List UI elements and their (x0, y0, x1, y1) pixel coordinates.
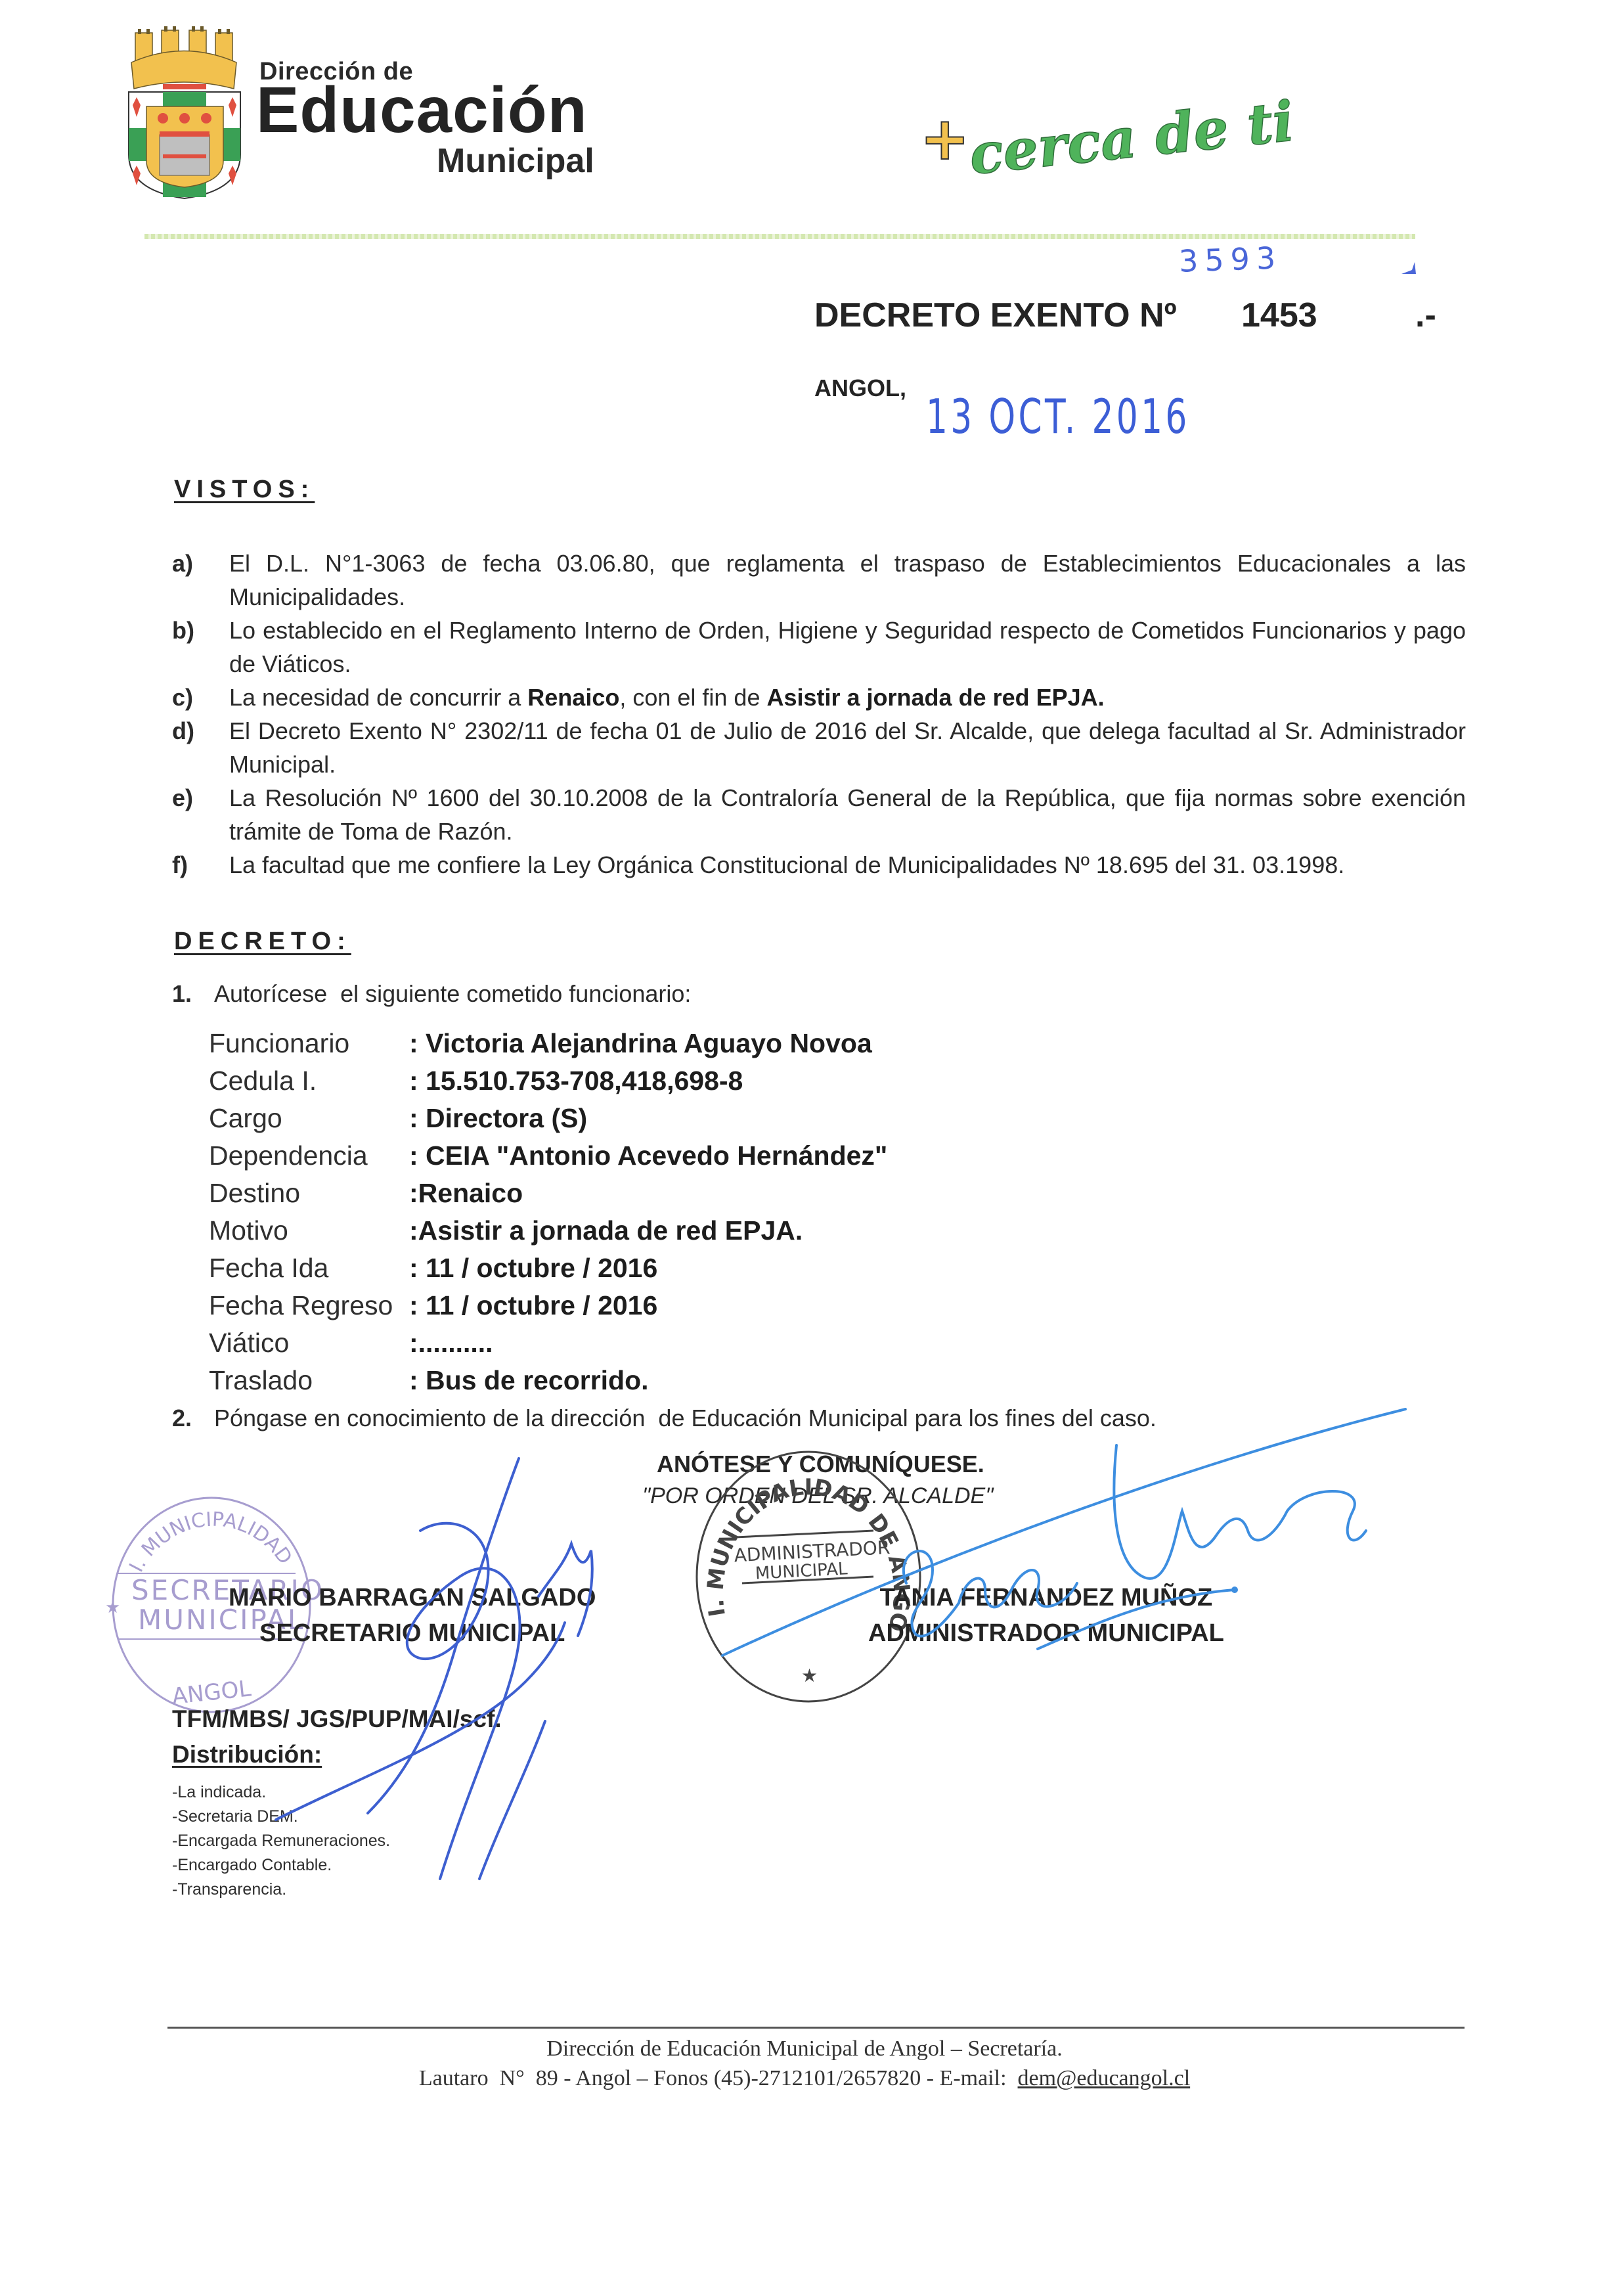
visto-item: b) Lo establecido en el Reglamento Inter… (172, 614, 1466, 681)
item-number: 1. (172, 980, 214, 1008)
field-label: Funcionario (209, 1025, 409, 1062)
visto-item: d) El Decreto Exento N° 2302/11 de fecha… (172, 714, 1466, 781)
field-value: : Victoria Alejandrina Aguayo Novoa (409, 1025, 872, 1062)
svg-text:ANGOL: ANGOL (171, 1675, 252, 1709)
distribution-item: -Secretaria DEM. (172, 1805, 390, 1829)
initials: TFM/MBS/ JGS/PUP/MAI/scf. (172, 1705, 502, 1733)
field-value: :.......... (409, 1324, 493, 1362)
field-value: : CEIA "Antonio Acevedo Hernández" (409, 1137, 887, 1175)
svg-text:+: + (920, 104, 969, 173)
visto-text: La necesidad de concurrir a Renaico, con… (229, 681, 1466, 714)
visto-text-part: La necesidad de concurrir a (229, 684, 527, 711)
visto-text: El Decreto Exento N° 2302/11 de fecha 01… (229, 714, 1466, 781)
visto-label: c) (172, 681, 229, 714)
field-row: Motivo:Asistir a jornada de red EPJA. (209, 1212, 887, 1249)
distribution-item: -Encargada Remuneraciones. (172, 1829, 390, 1853)
slogan-logo: + cerca de ti (916, 99, 1297, 177)
visto-item: e) La Resolución Nº 1600 del 30.10.2008 … (172, 781, 1466, 848)
svg-text:★: ★ (801, 1665, 818, 1686)
footer-contact: Lautaro N° 89 - Angol – Fonos (45)-27121… (0, 2066, 1609, 2091)
field-label: Viático (209, 1324, 409, 1362)
signatory-left: MARIO BARRAGAN SALGADO SECRETARIO MUNICI… (229, 1580, 596, 1651)
registry-stamp: 3593 (1178, 240, 1283, 279)
visto-item: a) El D.L. N°1-3063 de fecha 03.06.80, q… (172, 547, 1466, 614)
field-row: Fecha Ida: 11 / octubre / 2016 (209, 1249, 887, 1287)
item-text: Autorícese el siguiente cometido funcion… (214, 980, 691, 1007)
distribution-heading: Distribución: (172, 1741, 322, 1768)
vistos-heading: VISTOS: (174, 476, 315, 504)
footer-email-link[interactable]: dem@educangol.cl (1018, 2066, 1191, 2090)
decreto-item-1: 1.Autorícese el siguiente cometido funci… (172, 980, 691, 1008)
field-value: : 11 / octubre / 2016 (409, 1287, 657, 1324)
distribution-item: -Transparencia. (172, 1878, 390, 1902)
field-label: Dependencia (209, 1137, 409, 1175)
header-divider (144, 234, 1415, 239)
decree-title: DECRETO EXENTO Nº (814, 296, 1177, 335)
field-row: Destino:Renaico (209, 1175, 887, 1212)
field-value: :Asistir a jornada de red EPJA. (409, 1212, 803, 1249)
svg-text:cerca de ti: cerca de ti (966, 99, 1296, 177)
org-name-line3: Municipal (437, 141, 594, 181)
field-row: Traslado: Bus de recorrido. (209, 1362, 887, 1399)
field-row: Dependencia: CEIA "Antonio Acevedo Herná… (209, 1137, 887, 1175)
decree-place: ANGOL, (814, 374, 906, 402)
visto-label: e) (172, 781, 229, 848)
svg-text:ADMINISTRADOR: ADMINISTRADOR (734, 1537, 891, 1566)
field-value: : Bus de recorrido. (409, 1362, 649, 1399)
field-label: Cargo (209, 1100, 409, 1137)
visto-purpose: Asistir a jornada de red EPJA. (766, 684, 1104, 711)
distribution-list: -La indicada.-Secretaria DEM.-Encargada … (172, 1780, 390, 1902)
footer-address: Lautaro N° 89 - Angol – Fonos (45)-27121… (419, 2066, 1018, 2090)
signatory-right-name: TANIA FERNANDEZ MUÑOZ (868, 1580, 1224, 1615)
signatory-right-role: ADMINISTRADOR MUNICIPAL (868, 1615, 1224, 1651)
visto-text: La facultad que me confiere la Ley Orgán… (229, 848, 1466, 882)
visto-text-part: , con el fin de (619, 684, 766, 711)
coat-of-arms-icon (123, 26, 245, 200)
visto-item: c) La necesidad de concurrir a Renaico, … (172, 681, 1466, 714)
visto-text: Lo establecido en el Reglamento Interno … (229, 614, 1466, 681)
field-label: Destino (209, 1175, 409, 1212)
vistos-list: a) El D.L. N°1-3063 de fecha 03.06.80, q… (172, 547, 1466, 882)
cometido-fields: Funcionario: Victoria Alejandrina Aguayo… (209, 1025, 887, 1399)
field-value: : 11 / octubre / 2016 (409, 1249, 657, 1287)
footer-divider (167, 2027, 1465, 2029)
stamp-mark-icon (1399, 259, 1419, 277)
decree-suffix: .- (1415, 296, 1436, 335)
signatory-left-name: MARIO BARRAGAN SALGADO (229, 1580, 596, 1615)
visto-destination: Renaico (527, 684, 619, 711)
visto-label: a) (172, 547, 229, 614)
distribution-item: -La indicada. (172, 1780, 390, 1805)
field-row: Viático:.......... (209, 1324, 887, 1362)
svg-text:★: ★ (105, 1597, 120, 1617)
visto-label: d) (172, 714, 229, 781)
visto-label: b) (172, 614, 229, 681)
closing-anotese: ANÓTESE Y COMUNÍQUESE. (657, 1451, 984, 1478)
footer-org: Dirección de Educación Municipal de Ango… (0, 2037, 1609, 2061)
field-label: Traslado (209, 1362, 409, 1399)
field-value: : 15.510.753-708,418,698-8 (409, 1062, 743, 1100)
visto-text: El D.L. N°1-3063 de fecha 03.06.80, que … (229, 547, 1466, 614)
field-row: Cargo: Directora (S) (209, 1100, 887, 1137)
field-row: Fecha Regreso: 11 / octubre / 2016 (209, 1287, 887, 1324)
field-value: :Renaico (409, 1175, 523, 1212)
field-label: Fecha Ida (209, 1249, 409, 1287)
date-stamp: 13 OCT. 2016 (926, 389, 1190, 444)
visto-text: La Resolución Nº 1600 del 30.10.2008 de … (229, 781, 1466, 848)
visto-label: f) (172, 848, 229, 882)
decreto-heading: DECRETO: (174, 928, 351, 956)
field-label: Motivo (209, 1212, 409, 1249)
svg-text:MUNICIPAL: MUNICIPAL (755, 1559, 849, 1583)
svg-text:I. MUNICIPALIDAD: I. MUNICIPALIDAD (125, 1508, 296, 1576)
org-name-line2: Educación (256, 78, 588, 142)
item-number: 2. (172, 1405, 214, 1432)
signatory-left-role: SECRETARIO MUNICIPAL (229, 1615, 596, 1651)
item-text: Póngase en conocimiento de la dirección … (214, 1405, 1157, 1431)
decree-number: 1453 (1241, 296, 1317, 335)
field-row: Cedula I.: 15.510.753-708,418,698-8 (209, 1062, 887, 1100)
signatory-right: TANIA FERNANDEZ MUÑOZ ADMINISTRADOR MUNI… (868, 1580, 1224, 1651)
decreto-item-2: 2.Póngase en conocimiento de la direcció… (172, 1405, 1157, 1432)
field-label: Cedula I. (209, 1062, 409, 1100)
visto-item: f) La facultad que me confiere la Ley Or… (172, 848, 1466, 882)
field-value: : Directora (S) (409, 1100, 587, 1137)
closing-por-orden: "POR ORDEN DEL SR. ALCALDE" (642, 1483, 993, 1509)
field-label: Fecha Regreso (209, 1287, 409, 1324)
distribution-item: -Encargado Contable. (172, 1853, 390, 1878)
field-row: Funcionario: Victoria Alejandrina Aguayo… (209, 1025, 887, 1062)
